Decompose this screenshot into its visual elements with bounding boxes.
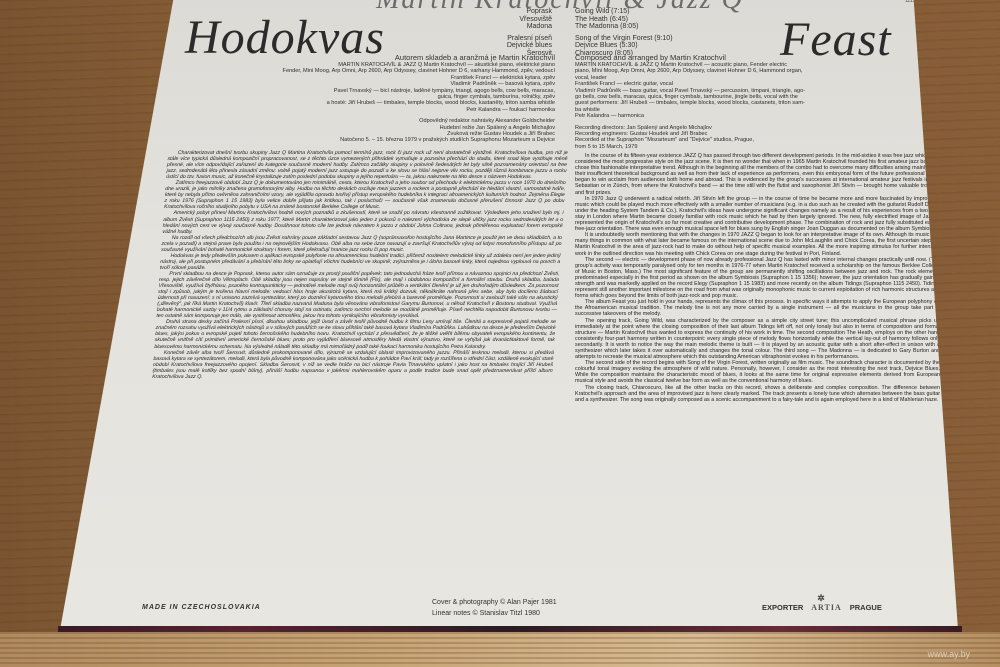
paragraph: The second side of the record begins wit… xyxy=(575,360,940,384)
catalog-code: 1115 2604 H xyxy=(905,0,933,4)
artia-logo-icon: ARTIA xyxy=(811,603,842,612)
credits-english: Composed and arranged by Martin Kratochv… xyxy=(575,53,875,150)
paragraph: The closing track, Chiaroscuro, like all… xyxy=(575,385,940,403)
exporter-block: EXPORTER ARTIA PRAGUE xyxy=(762,603,882,612)
sleeve-back-cover: Martin Kratochvíl & Jazz Q Hodokvas Feas… xyxy=(60,0,958,630)
exporter-label: EXPORTER xyxy=(762,603,803,612)
paragraph: Na rozdíl od všech předchozích alb jsou … xyxy=(161,235,562,253)
production-credits: Odpovědný redaktor nahrávky Alexander Go… xyxy=(220,118,555,144)
liner-notes-czech: Charakterizovat dnešní tvorbu skupiny Ja… xyxy=(152,150,568,380)
paragraph: Hodokvas je tedy především pokusem o apl… xyxy=(160,253,561,271)
paragraph: It is undoubtedly worth mentioning that … xyxy=(575,232,940,256)
production-credits: Recording directors: Jan Spálený and Ang… xyxy=(575,125,875,151)
record-sleeve: Martin Kratochvíl & Jazz Q Hodokvas Feas… xyxy=(0,0,1000,667)
tracklist-czech: Poprask Vřesoviště Madona Pralesní píseň… xyxy=(430,8,552,57)
made-in-label: MADE IN CZECHOSLOVAKIA xyxy=(142,604,261,611)
sleeve-edge xyxy=(58,626,962,632)
track: Poprask xyxy=(430,8,552,16)
credit-line: Petr Kalandra — harmonica xyxy=(575,113,875,119)
track: Dejvice Blues (5:30) xyxy=(575,42,755,50)
credit-line: Petr Kalandra — foukací harmonika xyxy=(220,107,555,113)
track: Going Wild (7:15) xyxy=(575,8,755,16)
paragraph: První skladbou na desce je Poprask, kter… xyxy=(156,271,559,319)
paragraph: Zatímco freejazzové období Jazz Q je dok… xyxy=(164,180,566,210)
paragraph: Charakterizovat dnešní tvorbu skupiny Ja… xyxy=(166,150,568,180)
liner-notes-english: In the course of its fifteen-year existe… xyxy=(575,153,940,403)
paragraph: Druhá strana desky začíná Pralesní písní… xyxy=(154,319,556,349)
liner-credit: Linear notes © Stanislav Titzl 1980 xyxy=(432,608,557,619)
track: Madona xyxy=(430,23,552,31)
paragraph: Konečně závěr alba tvoří Šerosvit, důsle… xyxy=(152,350,554,380)
paragraph: Americký pobyt přinesl Martinu Kratochví… xyxy=(162,210,564,234)
catalog-number: STEREO 1115 2604 H xyxy=(905,0,933,4)
track: Pralesní píseň xyxy=(430,35,552,43)
credit-line: Natočeno 5. – 15. března 1979 v pražskýc… xyxy=(220,137,555,143)
watermark: www.ay.by xyxy=(928,649,970,659)
track: Vřesoviště xyxy=(430,16,552,24)
track: The Heath (6:45) xyxy=(575,16,755,24)
paragraph: The opening track, Going Wild, was chara… xyxy=(575,318,940,361)
exporter-city: PRAGUE xyxy=(850,603,882,612)
tracklist-english: Going Wild (7:15) The Heath (6:45) The M… xyxy=(575,8,755,57)
composer-credit: Composed and arranged by Martin Kratochv… xyxy=(575,53,875,62)
composer-credit: Autorem skladeb a aranžmá je Martin Krat… xyxy=(220,53,555,62)
credit-line: from 5 to 15 March, 1979 xyxy=(575,144,875,150)
paragraph: The second — electric — development phas… xyxy=(575,257,940,300)
credits-czech: Autorem skladeb a aranžmá je Martin Krat… xyxy=(220,53,555,144)
track: Song of the Virgin Forest (9:10) xyxy=(575,35,755,43)
paragraph: The album Feast you just hold in your ha… xyxy=(575,299,940,317)
paragraph: In the course of its fifteen-year existe… xyxy=(575,153,940,196)
paragraph: In 1970 Jazz Q underwent a radical rebir… xyxy=(575,196,940,233)
cover-credit: Cover & photography © Alan Pajer 1981 xyxy=(432,597,557,608)
track: Dejvické blues xyxy=(430,42,552,50)
track: The Madonna (8:05) xyxy=(575,23,755,31)
footer-credits: Cover & photography © Alan Pajer 1981 Li… xyxy=(432,597,557,619)
